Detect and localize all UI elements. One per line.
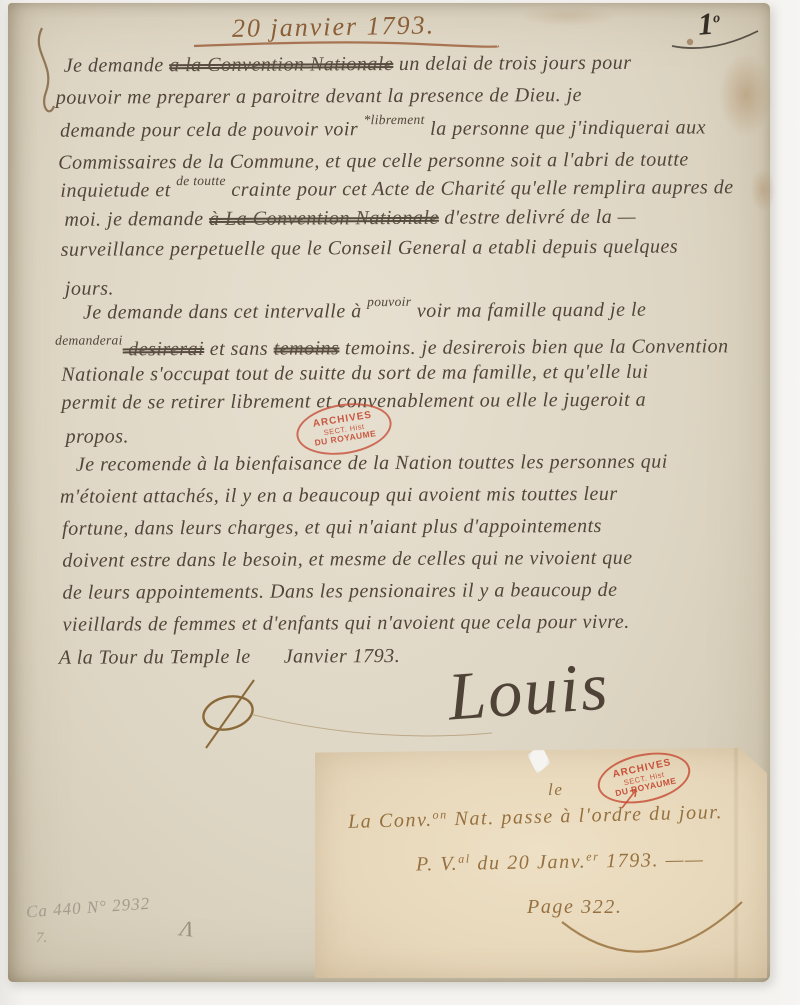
manuscript-line: pouvoir me preparer a paroitre devant la… <box>56 84 582 110</box>
text-segment: la personne que j'indiquerai aux <box>425 116 706 139</box>
manuscript-line: jours. <box>65 277 114 300</box>
text-segment: un delai de trois jours pour <box>393 52 631 75</box>
text-segment: vieillards de femmes et d'enfants qui n'… <box>63 611 630 636</box>
manuscript-line: Je demande a la Convention Nationale un … <box>64 52 632 78</box>
pencil-number: 7. <box>36 930 47 947</box>
struck-text: temoins <box>274 337 340 359</box>
manuscript-line: surveillance perpetuelle que le Conseil … <box>61 236 679 262</box>
manuscript-line: Je recomende à la bienfaisance de la Nat… <box>76 451 668 477</box>
text-segment: La Conv. <box>348 809 433 833</box>
struck-text: à La Convention Nationale <box>209 207 439 230</box>
text-segment: jours. <box>65 277 114 299</box>
text-segment: propos. <box>66 425 129 447</box>
manuscript-line: moi. je demande à La Convention National… <box>64 206 636 232</box>
text-segment: 1793. —— <box>599 848 704 872</box>
text-segment: demande pour cela de pouvoir voir <box>60 118 364 142</box>
inserted-text: *librement <box>364 112 425 127</box>
text-segment: A la Tour du Temple le Janvier 1793. <box>59 645 401 669</box>
manuscript-line: Nationale s'occupat tout de suitte du so… <box>61 361 648 387</box>
text-segment: Page 322. <box>527 896 623 918</box>
text-segment: m'étoient attachés, il y en a beaucoup q… <box>60 483 618 508</box>
struck-text: desirerai <box>123 338 205 360</box>
text-segment: surveillance perpetuelle que le Conseil … <box>61 236 679 261</box>
text-segment: moi. je demande <box>64 208 209 231</box>
text-segment: pouvoir me preparer a paroitre devant la… <box>56 84 582 109</box>
text-segment: du 20 Janv. <box>471 851 587 875</box>
text-segment: et sans <box>204 338 274 360</box>
inserted-text: de toutte <box>176 173 226 188</box>
manuscript-line: de leurs appointements. Dans les pension… <box>62 579 617 605</box>
manuscript-line: m'étoient attachés, il y en a beaucoup q… <box>60 483 618 509</box>
text-segment: Je demande <box>64 54 170 77</box>
text-segment: doivent estre dans le besoin, et mesme d… <box>62 547 632 572</box>
text-segment: crainte pour cet Acte de Charité qu'elle… <box>226 176 734 201</box>
text-segment: al <box>458 852 471 866</box>
text-segment: Commissaires de la Commune, et que celle… <box>58 148 689 173</box>
text-segment: temoins. je desirerois bien que la Conve… <box>339 335 728 359</box>
manuscript-line: A la Tour du Temple le Janvier 1793. <box>59 645 401 670</box>
manuscript-line: demanderai desirerai et sans temoins tem… <box>55 335 729 362</box>
struck-text: a la Convention Nationale <box>169 53 393 76</box>
text-segment: P. V. <box>416 853 459 876</box>
text-segment: Je demande dans cet intervalle à <box>83 300 367 323</box>
slip-insertion: le <box>548 780 563 800</box>
manuscript-line: propos. <box>66 425 129 448</box>
text-segment: de leurs appointements. Dans les pension… <box>62 579 617 604</box>
text-segment: Nationale s'occupat tout de suitte du so… <box>61 361 648 386</box>
manuscript-line: Commissaires de la Commune, et que celle… <box>58 148 689 174</box>
pencil-caret-mark: Λ <box>179 915 195 942</box>
inserted-text: demanderai <box>55 332 123 347</box>
slip-fold-crease <box>733 748 739 978</box>
manuscript-line: inquietude et de toutte crainte pour cet… <box>60 176 733 203</box>
text-segment: on <box>432 807 448 821</box>
text-segment: voir ma famille quand je le <box>411 299 646 322</box>
text-segment: Je recomende à la bienfaisance de la Nat… <box>76 451 668 476</box>
manuscript-line: doivent estre dans le besoin, et mesme d… <box>62 547 632 573</box>
manuscript-line: Je demande dans cet intervalle à pouvoir… <box>83 299 646 325</box>
text-segment: inquietude et <box>60 179 176 202</box>
text-segment: er <box>586 849 599 863</box>
manuscript-line: fortune, dans leurs charges, et qui n'ai… <box>62 515 602 541</box>
signature-louis: Louis <box>445 646 611 736</box>
manuscript-line: vieillards de femmes et d'enfants qui n'… <box>63 611 630 637</box>
text-segment: d'estre delivré de la — <box>439 206 636 229</box>
manuscript-line: demande pour cela de pouvoir voir *libre… <box>60 116 706 142</box>
inserted-text: pouvoir <box>367 294 411 309</box>
text-segment: fortune, dans leurs charges, et qui n'ai… <box>62 515 602 540</box>
slip-line: Page 322. <box>527 896 623 919</box>
